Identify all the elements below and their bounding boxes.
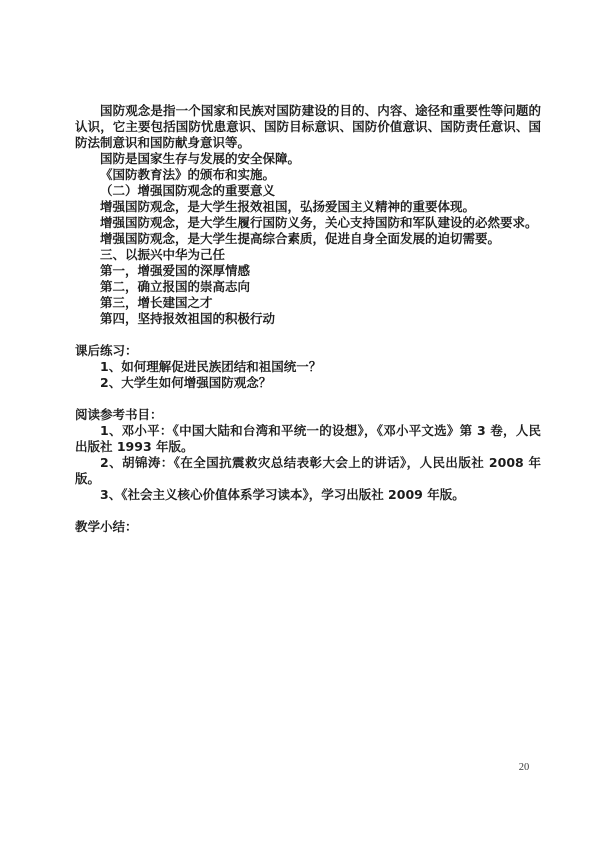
page-number: 20 xyxy=(504,762,544,774)
reading-list-item-1: 1、邓小平：《中国大陆和台湾和平统一的设想》，《邓小平文选》第 3 卷，人民出版… xyxy=(75,423,541,455)
document-body: 国防观念是指一个国家和民族对国防建设的目的、内容、途径和重要性等问题的认识，它主… xyxy=(75,103,541,535)
section-heading-rejuvenation: 三、以振兴中华为己任 xyxy=(75,247,541,263)
body-paragraph-duty: 增强国防观念，是大学生履行国防义务，关心支持国防和军队建设的必然要求。 xyxy=(75,215,541,231)
body-paragraph-security-guarantee: 国防是国家生存与发展的安全保障。 xyxy=(75,151,541,167)
list-item-first: 第一，增强爱国的深厚情感 xyxy=(75,263,541,279)
reading-list-heading: 阅读参考书目： xyxy=(75,407,541,423)
reading-list-item-2: 2、胡锦涛：《在全国抗震救灾总结表彰大会上的讲话》，人民出版社 2008 年版。 xyxy=(75,455,541,487)
teaching-summary-heading: 教学小结： xyxy=(75,519,541,535)
list-item-third: 第三，增长建国之才 xyxy=(75,295,541,311)
body-paragraph-national-defense-concept: 国防观念是指一个国家和民族对国防建设的目的、内容、途径和重要性等问题的认识，它主… xyxy=(75,103,541,151)
homework-question-2: 2、大学生如何增强国防观念？ xyxy=(75,375,541,391)
reading-list-item-3: 3、《社会主义核心价值体系学习读本》，学习出版社 2009 年版。 xyxy=(75,487,541,503)
list-item-second: 第二，确立报国的崇高志向 xyxy=(75,279,541,295)
body-paragraph-patriotism: 增强国防观念，是大学生报效祖国，弘扬爱国主义精神的重要体现。 xyxy=(75,199,541,215)
homework-question-1: 1、如何理解促进民族团结和祖国统一？ xyxy=(75,359,541,375)
homework-heading: 课后练习： xyxy=(75,343,541,359)
list-item-fourth: 第四，坚持报效祖国的积极行动 xyxy=(75,311,541,327)
body-paragraph-education-law: 《国防教育法》的颁布和实施。 xyxy=(75,167,541,183)
section-heading-significance: （二）增强国防观念的重要意义 xyxy=(75,183,541,199)
body-paragraph-quality: 增强国防观念，是大学生提高综合素质，促进自身全面发展的迫切需要。 xyxy=(75,231,541,247)
document-page: 国防观念是指一个国家和民族对国防建设的目的、内容、途径和重要性等问题的认识，它主… xyxy=(0,0,600,849)
